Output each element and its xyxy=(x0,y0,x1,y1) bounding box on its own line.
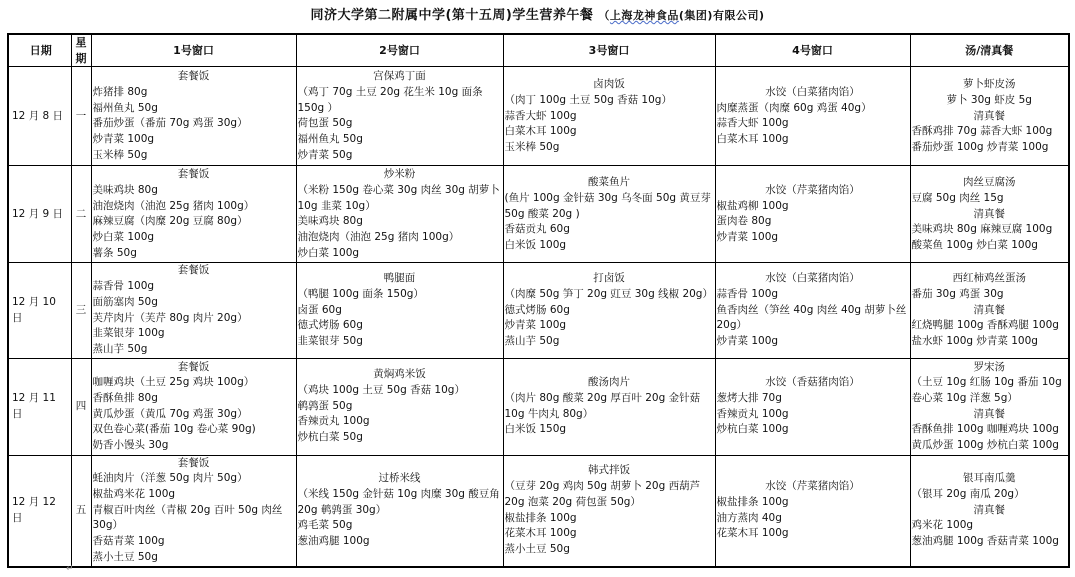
weekday-cell: 二 xyxy=(71,166,91,263)
document-title: 同济大学第二附属中学(第十五周)学生营养午餐 （上海龙神食品(集团)有限公司) xyxy=(0,4,1075,23)
dish-item: 蒸小土豆 50g xyxy=(93,550,295,566)
dish-item: 炒白菜 100g xyxy=(93,230,295,246)
dish-item: 油泡烧肉（油泡 25g 猪肉 100g） xyxy=(93,199,295,215)
table-row: 12 月 12 日五套餐饭蚝油肉片（洋葱 50g 肉片 50g）椒盐鸡米花 10… xyxy=(8,455,1069,566)
dish-item: 香菇青菜 100g xyxy=(93,534,295,550)
header-weekday: 星期 xyxy=(71,34,91,67)
dish-item: 炒青菜 50g xyxy=(298,148,502,164)
dish-item: 蒜香骨 100g xyxy=(717,287,909,303)
dish-title: 宫保鸡丁面 xyxy=(298,69,502,85)
dish-title: 打卤饭 xyxy=(505,271,714,287)
dish-item: 蒜香大虾 100g xyxy=(717,116,909,132)
dish-item: 香酥鱼排 80g xyxy=(93,391,295,407)
weekday-cell: 五 xyxy=(71,455,91,566)
dish-title: 套餐饭 xyxy=(93,69,295,85)
dish-item: 炒青菜 100g xyxy=(505,318,714,334)
dish-item: （肉丁 100g 土豆 50g 香菇 10g） xyxy=(505,93,714,109)
date-cell: 12 月 8 日 xyxy=(8,67,71,166)
dish-title: 罗宋汤 xyxy=(912,360,1068,376)
header-soup-halal: 汤/清真餐 xyxy=(910,34,1069,67)
dish-item: 椒盐排条 100g xyxy=(505,511,714,527)
dish-item: 黄瓜炒蛋 100g 炒杭白菜 100g xyxy=(912,438,1068,454)
dish-item: 香酥鱼排 100g 咖喱鸡块 100g xyxy=(912,422,1068,438)
dish-item: 炒青菜 100g xyxy=(717,334,909,350)
window-4-cell: 水饺（白菜猪肉馅）肉糜蒸蛋（肉糜 60g 鸡蛋 40g）蒜香大虾 100g白菜木… xyxy=(715,67,910,166)
window-2-cell: 鸭腿面（鸭腿 100g 面条 150g）卤蛋 60g德式烤肠 60g韭菜银芽 5… xyxy=(296,263,503,358)
dish-item: 德式烤肠 60g xyxy=(505,303,714,319)
dish-item: 酸菜鱼 100g 炒白菜 100g xyxy=(912,238,1068,254)
dish-item: 美味鸡块 80g xyxy=(298,214,502,230)
window-4-cell: 水饺（芹菜猪肉馅）椒盐排条 100g油方蒸肉 40g花菜木耳 100g xyxy=(715,455,910,566)
soup-halal-cell: 罗宋汤（土豆 10g 红肠 10g 番茄 10g 卷心菜 10g 洋葱 5g）清… xyxy=(910,358,1069,455)
dish-item: 花菜木耳 100g xyxy=(717,526,909,542)
dish-title: 肉丝豆腐汤 xyxy=(912,175,1068,191)
header-window-1: 1号窗口 xyxy=(91,34,296,67)
window-4-cell: 水饺（白菜猪肉馅）蒜香骨 100g鱼香肉丝（笋丝 40g 肉丝 40g 胡萝卜丝… xyxy=(715,263,910,358)
table-row: 12 月 11 日四套餐饭咖喱鸡块（土豆 25g 鸡块 100g）香酥鱼排 80… xyxy=(8,358,1069,455)
dish-item: 萝卜 30g 虾皮 5g xyxy=(912,93,1068,109)
dish-item: （鸡丁 70g 土豆 20g 花生米 10g 面条 150g ） xyxy=(298,85,502,116)
dish-item: 玉米棒 50g xyxy=(93,148,295,164)
weekday-cell: 四 xyxy=(71,358,91,455)
title-main: 同济大学第二附属中学(第十五周)学生营养午餐 xyxy=(310,8,593,23)
soup-halal-cell: 银耳南瓜羹（银耳 20g 南瓜 20g）清真餐鸡米花 100g葱油鸡腿 100g… xyxy=(910,455,1069,566)
dish-item: 鸡毛菜 50g xyxy=(298,518,502,534)
dish-title: 水饺（芹菜猪肉馅） xyxy=(717,183,909,199)
window-1-cell: 套餐饭蚝油肉片（洋葱 50g 肉片 50g）椒盐鸡米花 100g青椒百叶肉丝（青… xyxy=(91,455,296,566)
dish-item: 香辣贡丸 100g xyxy=(717,407,909,423)
dish-item: 白菜木耳 100g xyxy=(717,132,909,148)
window-1-cell: 套餐饭咖喱鸡块（土豆 25g 鸡块 100g）香酥鱼排 80g黄瓜炒蛋（黄瓜 7… xyxy=(91,358,296,455)
dish-title: 卤肉饭 xyxy=(505,77,714,93)
dish-item: 蚝油肉片（洋葱 50g 肉片 50g） xyxy=(93,471,295,487)
dish-item: 油方蒸肉 40g xyxy=(717,511,909,527)
dish-title: 过桥米线 xyxy=(298,471,502,487)
date-cell: 12 月 11 日 xyxy=(8,358,71,455)
dish-item: （豆芽 20g 鸡肉 50g 胡萝卜 20g 西葫芦 20g 泡菜 20g 荷包… xyxy=(505,479,714,510)
dish-title: 套餐饭 xyxy=(93,263,295,279)
dish-item: 蒸小土豆 50g xyxy=(505,542,714,558)
dish-item: 香辣贡丸 100g xyxy=(298,414,502,430)
dish-item: 豆腐 50g 肉丝 15g xyxy=(912,191,1068,207)
header-window-4: 4号窗口 xyxy=(715,34,910,67)
paragraph-mark: ↵ xyxy=(66,564,74,574)
dish-item: 鸡米花 100g xyxy=(912,518,1068,534)
dish-item: （肉糜 50g 笋丁 20g 豇豆 30g 线椒 20g） xyxy=(505,287,714,303)
header-window-2: 2号窗口 xyxy=(296,34,503,67)
window-3-cell: 酸菜鱼片(鱼片 100g 金针菇 30g 乌冬面 50g 黄豆芽 50g 酸菜 … xyxy=(503,166,715,263)
lunch-menu-table: 日期 星期 1号窗口 2号窗口 3号窗口 4号窗口 汤/清真餐 12 月 8 日… xyxy=(7,33,1070,568)
dish-title: 黄焖鸡米饭 xyxy=(298,367,502,383)
table-row: 12 月 8 日一套餐饭炸猪排 80g福州鱼丸 50g番茄炒蛋（番茄 70g 鸡… xyxy=(8,67,1069,166)
dish-item: 鱼香肉丝（笋丝 40g 肉丝 40g 胡萝卜丝 20g） xyxy=(717,303,909,334)
dish-item: 德式烤肠 60g xyxy=(298,318,502,334)
dish-item: 黄瓜炒蛋（黄瓜 70g 鸡蛋 30g） xyxy=(93,407,295,423)
dish-item: 清真餐 xyxy=(912,503,1068,519)
table-row: 12 月 9 日二套餐饭美味鸡块 80g油泡烧肉（油泡 25g 猪肉 100g）… xyxy=(8,166,1069,263)
dish-item: 白菜木耳 100g xyxy=(505,124,714,140)
dish-item: 清真餐 xyxy=(912,407,1068,423)
window-1-cell: 套餐饭蒜香骨 100g面筋塞肉 50g芙芹肉片（芙芹 80g 肉片 20g）韭菜… xyxy=(91,263,296,358)
dish-item: 清真餐 xyxy=(912,207,1068,223)
dish-item: 鹌鹑蛋 50g xyxy=(298,399,502,415)
dish-item: 咖喱鸡块（土豆 25g 鸡块 100g） xyxy=(93,375,295,391)
window-3-cell: 打卤饭（肉糜 50g 笋丁 20g 豇豆 30g 线椒 20g）德式烤肠 60g… xyxy=(503,263,715,358)
dish-item: 炒杭白菜 50g xyxy=(298,430,502,446)
dish-item: 炒青菜 100g xyxy=(717,230,909,246)
dish-title: 套餐饭 xyxy=(93,456,295,472)
dish-item: 盐水虾 100g 炒青菜 100g xyxy=(912,334,1068,350)
window-1-cell: 套餐饭美味鸡块 80g油泡烧肉（油泡 25g 猪肉 100g）麻辣豆腐（肉糜 2… xyxy=(91,166,296,263)
dish-item: 清真餐 xyxy=(912,303,1068,319)
window-2-cell: 黄焖鸡米饭（鸡块 100g 土豆 50g 香菇 10g）鹌鹑蛋 50g香辣贡丸 … xyxy=(296,358,503,455)
weekday-cell: 一 xyxy=(71,67,91,166)
dish-title: 水饺（白菜猪肉馅） xyxy=(717,271,909,287)
header-row: 日期 星期 1号窗口 2号窗口 3号窗口 4号窗口 汤/清真餐 xyxy=(8,34,1069,67)
dish-item: 油泡烧肉（油泡 25g 猪肉 100g） xyxy=(298,230,502,246)
date-cell: 12 月 12 日 xyxy=(8,455,71,566)
company-rest: (集团)有限公司) xyxy=(679,9,765,22)
dish-item: （鸡块 100g 土豆 50g 香菇 10g） xyxy=(298,383,502,399)
window-2-cell: 宫保鸡丁面（鸡丁 70g 土豆 20g 花生米 10g 面条 150g ）荷包蛋… xyxy=(296,67,503,166)
dish-title: 炒米粉 xyxy=(298,167,502,183)
dish-item: 香菇贡丸 60g xyxy=(505,222,714,238)
dish-item: 炸猪排 80g xyxy=(93,85,295,101)
soup-halal-cell: 萝卜虾皮汤萝卜 30g 虾皮 5g清真餐香酥鸡排 70g 蒜香大虾 100g番茄… xyxy=(910,67,1069,166)
window-2-cell: 过桥米线（米线 150g 金针菇 10g 肉糜 30g 酸豆角 20g 鹌鹑蛋 … xyxy=(296,455,503,566)
dish-item: （肉片 80g 酸菜 20g 厚百叶 20g 金针菇 10g 牛肉丸 80g） xyxy=(505,391,714,422)
dish-item: 番茄炒蛋（番茄 70g 鸡蛋 30g） xyxy=(93,116,295,132)
window-4-cell: 水饺（芹菜猪肉馅）椒盐鸡柳 100g蛋肉卷 80g炒青菜 100g xyxy=(715,166,910,263)
dish-item: 奶香小馒头 30g xyxy=(93,438,295,454)
dish-title: 酸菜鱼片 xyxy=(505,175,714,191)
dish-item: 卤蛋 60g xyxy=(298,303,502,319)
dish-item: 美味鸡块 80g 麻辣豆腐 100g xyxy=(912,222,1068,238)
dish-item: 葱油鸡腿 100g xyxy=(298,534,502,550)
dish-item: 芙芹肉片（芙芹 80g 肉片 20g） xyxy=(93,311,295,327)
dish-item: 花菜木耳 100g xyxy=(505,526,714,542)
soup-halal-cell: 西红柿鸡丝蛋汤番茄 30g 鸡蛋 30g清真餐红烧鸭腿 100g 香酥鸡腿 10… xyxy=(910,263,1069,358)
dish-item: （银耳 20g 南瓜 20g） xyxy=(912,487,1068,503)
dish-item: （米线 150g 金针菇 10g 肉糜 30g 酸豆角 20g 鹌鹑蛋 30g） xyxy=(298,487,502,518)
window-1-cell: 套餐饭炸猪排 80g福州鱼丸 50g番茄炒蛋（番茄 70g 鸡蛋 30g）炒青菜… xyxy=(91,67,296,166)
dish-item: 青椒百叶肉丝（青椒 20g 百叶 50g 肉丝 30g） xyxy=(93,503,295,534)
date-cell: 12 月 10 日 xyxy=(8,263,71,358)
weekday-cell: 三 xyxy=(71,263,91,358)
dish-item: 美味鸡块 80g xyxy=(93,183,295,199)
dish-item: 肉糜蒸蛋（肉糜 60g 鸡蛋 40g） xyxy=(717,101,909,117)
dish-title: 西红柿鸡丝蛋汤 xyxy=(912,271,1068,287)
dish-item: 麻辣豆腐（肉糜 20g 豆腐 80g） xyxy=(93,214,295,230)
menu-body: 12 月 8 日一套餐饭炸猪排 80g福州鱼丸 50g番茄炒蛋（番茄 70g 鸡… xyxy=(8,67,1069,567)
dish-item: 薯条 50g xyxy=(93,246,295,262)
header-date: 日期 xyxy=(8,34,71,67)
dish-title: 韩式拌饭 xyxy=(505,463,714,479)
dish-item: 双色卷心菜(番茄 10g 卷心菜 90g) xyxy=(93,422,295,438)
dish-item: 红烧鸭腿 100g 香酥鸡腿 100g xyxy=(912,318,1068,334)
window-4-cell: 水饺（香菇猪肉馅）葱烤大排 70g香辣贡丸 100g炒杭白菜 100g xyxy=(715,358,910,455)
dish-item: （米粉 150g 卷心菜 30g 肉丝 30g 胡萝卜 10g 韭菜 10g） xyxy=(298,183,502,214)
dish-title: 萝卜虾皮汤 xyxy=(912,77,1068,93)
window-3-cell: 酸汤肉片（肉片 80g 酸菜 20g 厚百叶 20g 金针菇 10g 牛肉丸 8… xyxy=(503,358,715,455)
dish-title: 水饺（芹菜猪肉馅） xyxy=(717,479,909,495)
dish-item: 白米饭 150g xyxy=(505,422,714,438)
window-3-cell: 韩式拌饭（豆芽 20g 鸡肉 50g 胡萝卜 20g 西葫芦 20g 泡菜 20… xyxy=(503,455,715,566)
dish-item: 炒杭白菜 100g xyxy=(717,422,909,438)
dish-item: 葱烤大排 70g xyxy=(717,391,909,407)
title-company: （上海龙神食品(集团)有限公司) xyxy=(598,9,764,22)
dish-item: 蒸山芋 50g xyxy=(93,342,295,358)
window-3-cell: 卤肉饭（肉丁 100g 土豆 50g 香菇 10g）蒜香大虾 100g白菜木耳 … xyxy=(503,67,715,166)
dish-item: 荷包蛋 50g xyxy=(298,116,502,132)
dish-item: (鱼片 100g 金针菇 30g 乌冬面 50g 黄豆芽 50g 酸菜 20g … xyxy=(505,191,714,222)
dish-title: 酸汤肉片 xyxy=(505,375,714,391)
dish-item: 蒜香骨 100g xyxy=(93,279,295,295)
date-cell: 12 月 9 日 xyxy=(8,166,71,263)
company-prefix: （ xyxy=(598,9,610,22)
dish-item: 香酥鸡排 70g 蒜香大虾 100g xyxy=(912,124,1068,140)
dish-item: 福州鱼丸 50g xyxy=(298,132,502,148)
dish-title: 银耳南瓜羹 xyxy=(912,471,1068,487)
dish-item: 韭菜银芽 50g xyxy=(298,334,502,350)
dish-item: 炒白菜 100g xyxy=(298,246,502,262)
header-window-3: 3号窗口 xyxy=(503,34,715,67)
dish-item: 椒盐鸡米花 100g xyxy=(93,487,295,503)
dish-item: 面筋塞肉 50g xyxy=(93,295,295,311)
dish-item: 番茄 30g 鸡蛋 30g xyxy=(912,287,1068,303)
dish-item: 白米饭 100g xyxy=(505,238,714,254)
window-2-cell: 炒米粉（米粉 150g 卷心菜 30g 肉丝 30g 胡萝卜 10g 韭菜 10… xyxy=(296,166,503,263)
dish-item: 椒盐排条 100g xyxy=(717,495,909,511)
dish-item: （鸭腿 100g 面条 150g） xyxy=(298,287,502,303)
dish-item: 番茄炒蛋 100g 炒青菜 100g xyxy=(912,140,1068,156)
company-name-underlined: 上海龙神食品 xyxy=(610,9,679,22)
dish-title: 套餐饭 xyxy=(93,167,295,183)
dish-item: 玉米棒 50g xyxy=(505,140,714,156)
dish-title: 套餐饭 xyxy=(93,360,295,376)
table-row: 12 月 10 日三套餐饭蒜香骨 100g面筋塞肉 50g芙芹肉片（芙芹 80g… xyxy=(8,263,1069,358)
dish-item: 椒盐鸡柳 100g xyxy=(717,199,909,215)
dish-item: 清真餐 xyxy=(912,109,1068,125)
dish-item: 蒜香大虾 100g xyxy=(505,109,714,125)
dish-title: 水饺（香菇猪肉馅） xyxy=(717,375,909,391)
dish-item: 葱油鸡腿 100g 香菇青菜 100g xyxy=(912,534,1068,550)
soup-halal-cell: 肉丝豆腐汤豆腐 50g 肉丝 15g清真餐美味鸡块 80g 麻辣豆腐 100g酸… xyxy=(910,166,1069,263)
dish-item: （土豆 10g 红肠 10g 番茄 10g 卷心菜 10g 洋葱 5g） xyxy=(912,375,1068,406)
dish-item: 韭菜银芽 100g xyxy=(93,326,295,342)
dish-item: 福州鱼丸 50g xyxy=(93,101,295,117)
dish-item: 蛋肉卷 80g xyxy=(717,214,909,230)
dish-title: 水饺（白菜猪肉馅） xyxy=(717,85,909,101)
dish-item: 蒸山芋 50g xyxy=(505,334,714,350)
dish-item: 炒青菜 100g xyxy=(93,132,295,148)
dish-title: 鸭腿面 xyxy=(298,271,502,287)
